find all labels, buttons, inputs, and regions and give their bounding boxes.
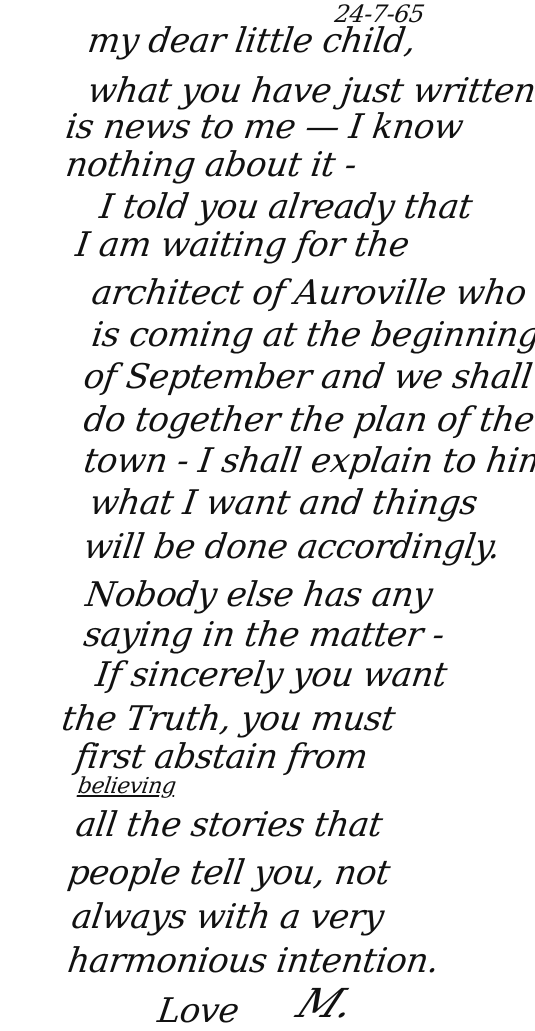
letter-line: the Truth, you must	[60, 702, 397, 736]
letter-line: what you have just written	[86, 74, 535, 108]
letter-line: harmonious intention.	[66, 944, 441, 978]
handwritten-letter-page: 24-7-65 my dear little child, what you h…	[0, 0, 535, 1031]
letter-line: saying in the matter -	[82, 618, 447, 652]
letter-insertion: believing	[76, 776, 177, 798]
letter-line: is coming at the beginning	[90, 318, 535, 352]
letter-line: If sincerely you want	[94, 658, 449, 692]
letter-line: is news to me — I know	[64, 110, 466, 144]
letter-line: people tell you, not	[66, 856, 392, 890]
letter-line: first abstain from	[74, 740, 370, 774]
letter-signature: M.	[291, 984, 362, 1024]
letter-closing: Love	[156, 994, 241, 1028]
letter-line: I am waiting for the	[74, 228, 411, 262]
letter-line: always with a very	[70, 900, 386, 934]
letter-line: do together the plan of the	[82, 403, 535, 437]
letter-line-salutation: my dear little child,	[86, 24, 418, 58]
letter-line: I told you already that	[98, 190, 475, 224]
letter-line: what I want and things	[88, 486, 480, 520]
letter-line: nothing about it -	[64, 148, 359, 182]
letter-line: Nobody else has any	[84, 578, 435, 612]
letter-line: town - I shall explain to him	[82, 444, 535, 478]
letter-line: architect of Auroville who	[90, 276, 529, 310]
letter-line: all the stories that	[74, 808, 385, 842]
letter-line: of September and we shall	[82, 360, 534, 394]
letter-line: will be done accordingly.	[82, 530, 502, 564]
